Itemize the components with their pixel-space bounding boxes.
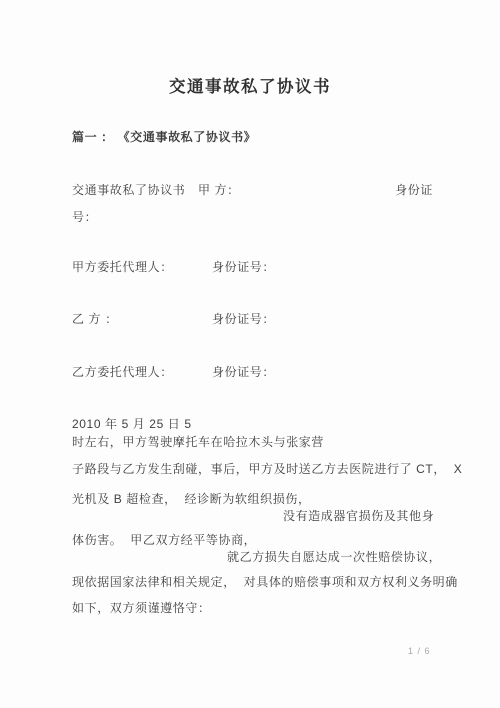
agent-b-label: 乙方委托代理人： [72, 365, 173, 380]
party-b-row: 乙 方 ： 身份证号： [72, 312, 452, 327]
document-page: 交通事故私了协议书 篇一 ： 《交通事故私了协议书》 交通事故私了协议书 甲 方… [0, 0, 500, 708]
party-a-row: 交通事故私了协议书 甲 方： 身份证 [72, 183, 433, 198]
body-line: 子路段与乙方发生刮碰，事后，甲方及时送乙方去医院进行了 CT， X [72, 462, 462, 477]
page-number-indicator: 1 / 6 [408, 644, 431, 659]
body-line-date: 2010 年 5 月 25 日 5 [72, 417, 192, 432]
body-line: 如下，双方须谨遵恪守： [72, 601, 211, 616]
section-heading: 篇一 ： 《交通事故私了协议书》 [72, 130, 256, 145]
body-line: 体伤害。 甲乙双方经平等协商， [72, 533, 256, 548]
party-a-label: 交通事故私了协议书 甲 方： [72, 183, 240, 198]
agent-a-row: 甲方委托代理人： 身份证号： [72, 260, 452, 275]
party-a-id-wrap: 号： [72, 210, 97, 225]
body-line: 时左右，甲方驾驶摩托车在哈拉木头与张家营 [72, 435, 324, 450]
party-a-id-fragment: 身份证 [395, 183, 433, 198]
body-line: 光机及 B 超检查， 经诊断为软组织损伤， [72, 492, 311, 507]
document-title: 交通事故私了协议书 [0, 76, 500, 98]
agent-a-id-label: 身份证号： [212, 260, 275, 275]
agent-b-id-label: 身份证号： [212, 365, 275, 380]
agent-a-label: 甲方委托代理人： [72, 260, 173, 275]
party-b-id-label: 身份证号： [212, 312, 275, 327]
party-b-label: 乙 方 ： [72, 312, 118, 327]
body-line: 现依据国家法律和相关规定， 对具体的赔偿事项和双方权利义务明确 [72, 575, 458, 590]
agent-b-row: 乙方委托代理人： 身份证号： [72, 365, 452, 380]
body-line: 就乙方损失自愿达成一次性赔偿协议， [227, 550, 441, 565]
body-line: 没有造成器官损伤及其他身 [283, 509, 434, 524]
